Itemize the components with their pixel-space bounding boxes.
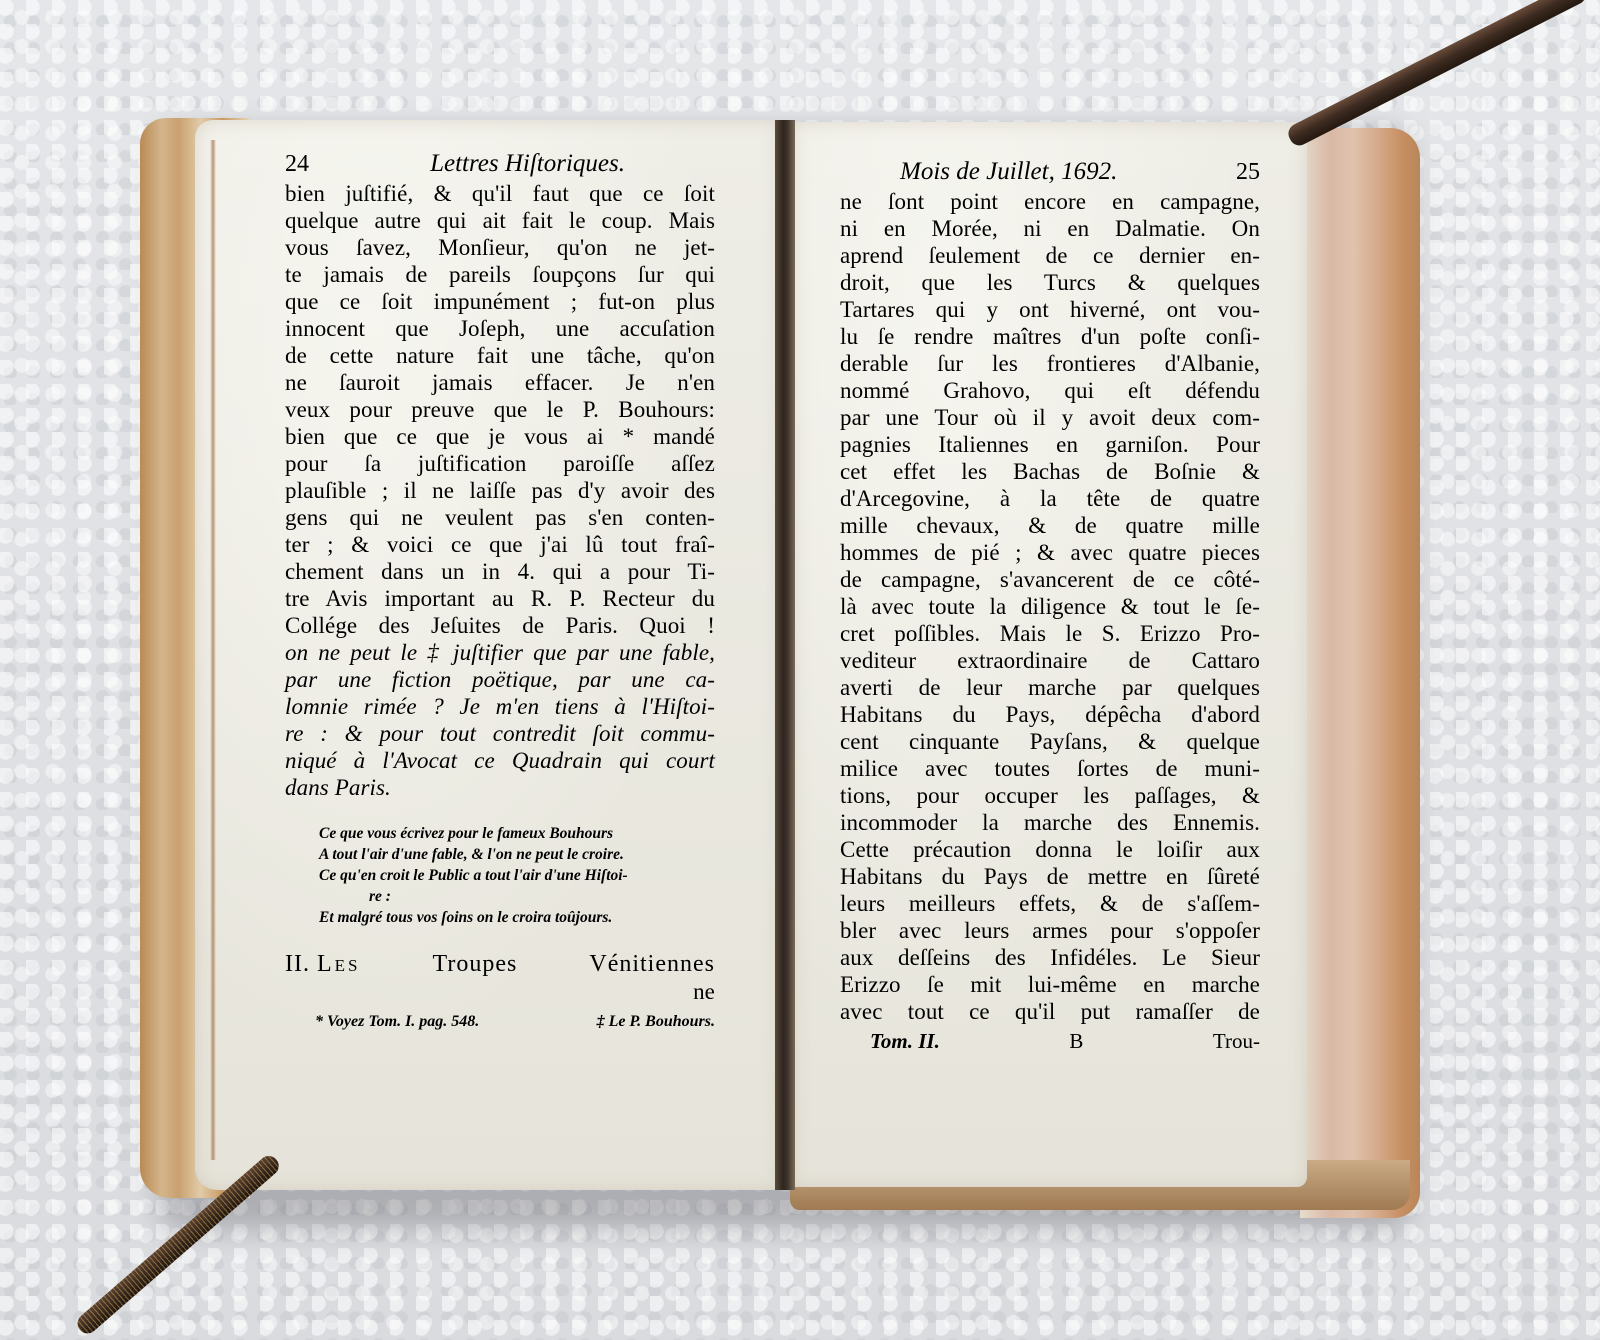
text-line: bler avec leurs armes pour s'oppoſer bbox=[840, 917, 1260, 944]
text-line: avec tout ce qu'il put ramaſſer de bbox=[840, 998, 1260, 1025]
text-line: Erizzo ſe mit lui-même en marche bbox=[840, 971, 1260, 998]
text-line: on ne peut le ‡ juſtifier que par une fa… bbox=[285, 639, 715, 666]
poem-line: re : bbox=[319, 886, 715, 907]
text-line: bien juſtifié, & qu'il faut que ce ſoit bbox=[285, 180, 715, 207]
running-title: Mois de Juillet, 1692. bbox=[900, 158, 1117, 186]
poem-line: Et malgré tous vos ſoins on le croira to… bbox=[319, 907, 715, 928]
quatrain: Ce que vous écrivez pour le fameux Bouho… bbox=[319, 823, 715, 928]
text-line: pagnies Italiennes en garniſon. Pour bbox=[840, 431, 1260, 458]
right-page-edges bbox=[1300, 128, 1420, 1218]
text-line: Habitans du Pays de mettre en ſûreté bbox=[840, 863, 1260, 890]
running-title: Lettres Hiſtoriques. bbox=[430, 150, 625, 178]
text-line: plauſible ; il ne laiſſe pas d'y avoir d… bbox=[285, 477, 715, 504]
right-running-head: Mois de Juillet, 1692. 25 bbox=[840, 158, 1260, 188]
text-line: là avec toute la diligence & tout le ſe- bbox=[840, 593, 1260, 620]
text-line: droit, que les Turcs & quelques bbox=[840, 269, 1260, 296]
text-line: tre Avis important au R. P. Recteur du bbox=[285, 585, 715, 612]
text-line: bien que ce que je vous ai * mandé bbox=[285, 423, 715, 450]
text-line: lu ſe rendre maîtres d'un poſte conſi- bbox=[840, 323, 1260, 350]
text-line: niqué à l'Avocat ce Quadrain qui court bbox=[285, 747, 715, 774]
footnotes: * Voyez Tom. I. pag. 548. ‡ Le P. Bouhou… bbox=[285, 1013, 715, 1031]
volume-mark: Tom. II. bbox=[870, 1029, 940, 1054]
text-line: Collége des Jeſuites de Paris. Quoi ! bbox=[285, 612, 715, 639]
signature-mark: B bbox=[1069, 1029, 1083, 1054]
text-line: nommé Grahovo, qui eſt défendu bbox=[840, 377, 1260, 404]
right-page-text: Mois de Juillet, 1692. 25 ne ſont point … bbox=[840, 158, 1260, 1054]
text-line: gens qui ne veulent pas s'en conten- bbox=[285, 504, 715, 531]
section-heading: II. Les Troupes Vénitiennes bbox=[285, 950, 715, 978]
text-line: aprend ſeulement de ce dernier en- bbox=[840, 242, 1260, 269]
section-numeral: II. bbox=[285, 951, 310, 977]
text-line: te jamais de pareils ſoupçons ſur qui bbox=[285, 261, 715, 288]
text-line: averti de leur marche par quelques bbox=[840, 674, 1260, 701]
text-line: vous ſavez, Monſieur, qu'on ne jet- bbox=[285, 234, 715, 261]
holding-rod-top bbox=[1285, 0, 1589, 149]
text-line: pour ſa juſtification paroiſſe aſſez bbox=[285, 450, 715, 477]
text-line: cet effet les Bachas de Boſnie & bbox=[840, 458, 1260, 485]
text-line: de campagne, s'avancerent de ce côté- bbox=[840, 566, 1260, 593]
page-number: 24 bbox=[285, 150, 309, 178]
section-word: Vénitiennes bbox=[589, 950, 715, 978]
text-line: innocent que Joſeph, une accuſation bbox=[285, 315, 715, 342]
text-line: cret poſſibles. Mais le S. Erizzo Pro- bbox=[840, 620, 1260, 647]
text-line: hommes de pié ; & avec quatre pieces bbox=[840, 539, 1260, 566]
text-line: que ce ſoit impunément ; fut-on plus bbox=[285, 288, 715, 315]
text-line: Tartares qui y ont hiverné, ont vou- bbox=[840, 296, 1260, 323]
text-line: par une fiction poëtique, par une ca- bbox=[285, 666, 715, 693]
book-gutter bbox=[775, 120, 795, 1190]
catchword: Trou- bbox=[1213, 1029, 1260, 1054]
text-line: milice avec toutes ſortes de muni- bbox=[840, 755, 1260, 782]
text-line: d'Arcegovine, à la tête de quatre bbox=[840, 485, 1260, 512]
page-number: 25 bbox=[1236, 158, 1260, 186]
footnote: ‡ Le P. Bouhours. bbox=[597, 1013, 715, 1031]
text-line: incommoder la marche des Ennemis. bbox=[840, 809, 1260, 836]
text-line: lomnie rimée ? Je m'en tiens à l'Hiſtoi- bbox=[285, 693, 715, 720]
text-line: cent cinquante Payſans, & quelque bbox=[840, 728, 1260, 755]
text-line: tions, pour occuper les paſſages, & bbox=[840, 782, 1260, 809]
text-line: veux pour preuve que le P. Bouhours: bbox=[285, 396, 715, 423]
text-line: Habitans du Pays, dépêcha d'abord bbox=[840, 701, 1260, 728]
text-line: leurs meilleurs effets, & de s'aſſem- bbox=[840, 890, 1260, 917]
text-line: aux deſſeins des Infidéles. Le Sieur bbox=[840, 944, 1260, 971]
page-stain-line bbox=[210, 140, 216, 1160]
text-line: chement dans un in 4. qui a pour Ti- bbox=[285, 558, 715, 585]
text-line: ni en Morée, ni en Dalmatie. On bbox=[840, 215, 1260, 242]
left-page-text: 24 Lettres Hiſtoriques. bien juſtifié, &… bbox=[285, 150, 715, 1031]
section-word: Troupes bbox=[433, 950, 518, 978]
text-line: derable ſur les frontieres d'Albanie, bbox=[840, 350, 1260, 377]
text-line: ne ſont point encore en campagne, bbox=[840, 188, 1260, 215]
poem-line: Ce qu'en croit le Public a tout l'air d'… bbox=[319, 865, 715, 886]
signature-line: Tom. II. B Trou- bbox=[840, 1029, 1260, 1054]
text-line: vediteur extraordinaire de Cattaro bbox=[840, 647, 1260, 674]
text-line: Cette précaution donna le loiſir aux bbox=[840, 836, 1260, 863]
section-lead: Les bbox=[317, 951, 361, 977]
poem-line: A tout l'air d'une fable, & l'on ne peut… bbox=[319, 844, 715, 865]
poem-line: Ce que vous écrivez pour le fameux Bouho… bbox=[319, 823, 715, 844]
text-line: re : & pour tout contredit ſoit commu- bbox=[285, 720, 715, 747]
text-line: ter ; & voici ce que j'ai lû tout fraî- bbox=[285, 531, 715, 558]
text-line: par une Tour où il y avoit deux com- bbox=[840, 404, 1260, 431]
text-line: quelque autre qui ait fait le coup. Mais bbox=[285, 207, 715, 234]
catchword: ne bbox=[285, 978, 715, 1005]
footnote: * Voyez Tom. I. pag. 548. bbox=[315, 1013, 479, 1031]
text-line: mille chevaux, & de quatre mille bbox=[840, 512, 1260, 539]
left-running-head: 24 Lettres Hiſtoriques. bbox=[285, 150, 715, 180]
text-line: ne ſauroit jamais effacer. Je n'en bbox=[285, 369, 715, 396]
text-line: dans Paris. bbox=[285, 774, 715, 801]
photo-scene: 24 Lettres Hiſtoriques. bien juſtifié, &… bbox=[0, 0, 1600, 1340]
text-line: de cette nature fait une tâche, qu'on bbox=[285, 342, 715, 369]
